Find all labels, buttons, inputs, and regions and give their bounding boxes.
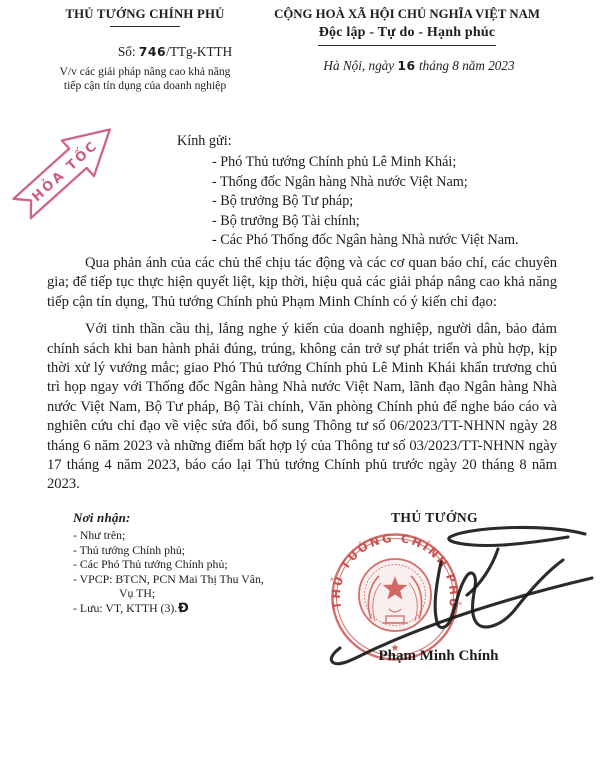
distribution-item-continuation: Vụ TH; <box>119 586 264 601</box>
distribution-list: - Như trên; - Thủ tướng Chính phủ; - Các… <box>73 528 264 617</box>
document-number-label: Số: <box>118 44 136 59</box>
signer-name: Phạm Minh Chính <box>351 648 526 665</box>
subject-line-1: V/v các giải pháp nâng cao khả năng <box>42 65 248 79</box>
salutation-label: Kính gửi: <box>177 133 519 150</box>
recipient-list: - Phó Thủ tướng Chính phủ Lê Minh Khái; … <box>212 153 519 251</box>
body-paragraph-2: Với tinh thần cầu thị, lắng nghe ý kiến … <box>47 320 557 495</box>
distribution-item: - Như trên; <box>73 528 264 543</box>
signer-title: THỦ TƯỚNG <box>347 510 522 526</box>
subject-line-2: tiếp cận tín dụng của doanh nghiệp <box>42 79 248 93</box>
document-number-value: 746 <box>139 44 166 59</box>
subject-block: V/v các giải pháp nâng cao khả năng tiếp… <box>42 65 248 93</box>
national-header-block: CỘNG HOÀ XÃ HỘI CHỦ NGHĨA VIỆT NAM Độc l… <box>256 7 558 74</box>
header-divider-left <box>110 26 180 27</box>
distribution-label: Nơi nhận: <box>73 510 264 526</box>
distribution-item-text: - Lưu: VT, KTTH (3). <box>73 601 177 615</box>
salutation-block: Kính gửi: - Phó Thủ tướng Chính phủ Lê M… <box>177 133 519 251</box>
national-motto: Độc lập - Tự do - Hạnh phúc <box>256 25 558 41</box>
body-text: Qua phản ánh của các chủ thể chịu tác độ… <box>47 254 557 503</box>
distribution-block: Nơi nhận: - Như trên; - Thủ tướng Chính … <box>73 510 264 617</box>
handwritten-initial: Đ <box>178 602 190 617</box>
signature-descender <box>467 549 498 595</box>
issuing-authority-block: THỦ TƯỚNG CHÍNH PHỦ Số: 746/TTg-KTTH V/v… <box>42 7 248 93</box>
issuing-authority: THỦ TƯỚNG CHÍNH PHỦ <box>42 7 248 22</box>
place-date-suffix: tháng 8 năm 2023 <box>419 58 515 73</box>
document-page: THỦ TƯỚNG CHÍNH PHỦ Số: 746/TTg-KTTH V/v… <box>0 0 601 766</box>
recipient-item: - Các Phó Thống đốc Ngân hàng Nhà nước V… <box>212 231 519 251</box>
body-paragraph-1: Qua phản ánh của các chủ thể chịu tác độ… <box>47 254 557 312</box>
urgent-stamp: HỎA TỐC <box>4 112 130 224</box>
official-seal: THỦ TƯỚNG CHÍNH PHỦ ★ <box>327 529 463 665</box>
signature-top-loop <box>449 527 585 545</box>
national-title: CỘNG HOÀ XÃ HỘI CHỦ NGHĨA VIỆT NAM <box>256 7 558 22</box>
date-day-value: 16 <box>397 58 415 73</box>
distribution-item: - Thủ tướng Chính phủ; <box>73 543 264 558</box>
recipient-item: - Phó Thủ tướng Chính phủ Lê Minh Khái; <box>212 153 519 173</box>
place-date-line: Hà Nội, ngày 16 tháng 8 năm 2023 <box>268 58 570 74</box>
place-date-prefix: Hà Nội, ngày <box>323 58 394 73</box>
recipient-item: - Bộ trưởng Bộ Tài chính; <box>212 212 519 232</box>
header-divider-right <box>318 45 496 46</box>
document-number-line: Số: 746/TTg-KTTH <box>72 44 278 60</box>
urgent-stamp-label: HỎA TỐC <box>27 136 101 205</box>
distribution-item: - VPCP: BTCN, PCN Mai Thị Thu Vân, <box>73 572 264 587</box>
distribution-item: - Các Phó Thủ tướng Chính phủ; <box>73 557 264 572</box>
recipient-item: - Bộ trưởng Bộ Tư pháp; <box>212 192 519 212</box>
recipient-item: - Thống đốc Ngân hàng Nhà nước Việt Nam; <box>212 173 519 193</box>
distribution-item: - Lưu: VT, KTTH (3).Đ <box>73 601 264 617</box>
document-number-suffix: /TTg-KTTH <box>166 44 232 59</box>
